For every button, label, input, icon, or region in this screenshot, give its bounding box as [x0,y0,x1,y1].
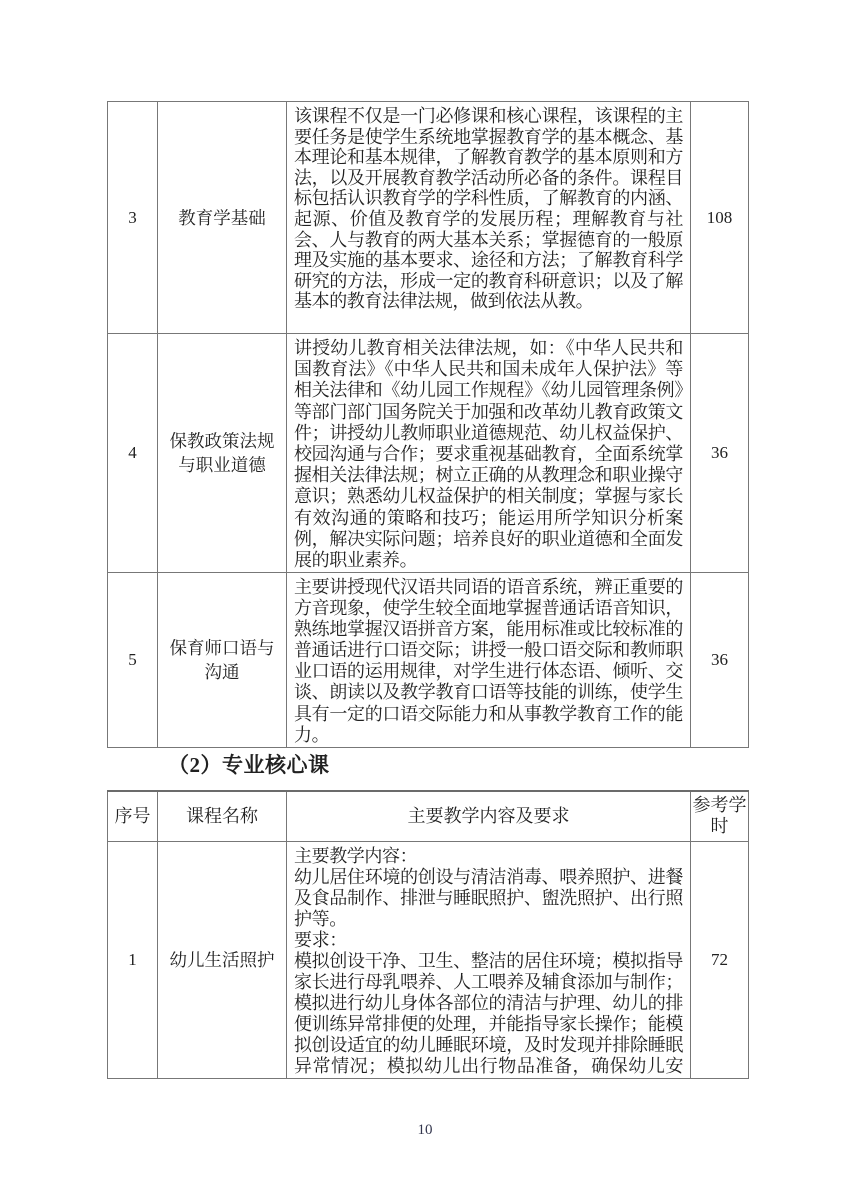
course-hours-cell: 36 [691,573,749,748]
course-name-cell: 教育学基础 [158,102,287,334]
course-hours-cell: 72 [691,841,749,1078]
row-number-cell: 4 [108,334,158,573]
course-content-cell: 主要教学内容： 幼儿居住环境的创设与清洁消毒、喂养照护、进餐及食品制作、排泄与睡… [287,841,691,1078]
course-content-cell: 该课程不仅是一门必修课和核心课程，该课程的主要任务是使学生系统地掌握教育学的基本… [287,102,691,334]
section-heading: （2）专业核心课 [168,751,330,779]
header-cell-number: 序号 [108,791,158,841]
core-course-table: 序号 课程名称 主要教学内容及要求 参考学时 1 幼儿生活照护 主要教学内容： … [107,790,749,1079]
row-number-cell: 3 [108,102,158,334]
course-content-text: 该课程不仅是一门必修课和核心课程，该课程的主要任务是使学生系统地掌握教育学的基本… [294,106,683,332]
header-cell-content: 主要教学内容及要求 [287,791,691,841]
row-number-cell: 1 [108,841,158,1078]
course-name-cell: 保育师口语与 沟通 [158,573,287,748]
course-name-cell: 保教政策法规 与职业道德 [158,334,287,573]
course-name-cell: 幼儿生活照护 [158,841,287,1078]
table-row: 3 教育学基础 该课程不仅是一门必修课和核心课程，该课程的主要任务是使学生系统地… [108,102,749,334]
course-content-text: 讲授幼儿教育相关法律法规，如：《中华人民共和国教育法》《中华人民共和国未成年人保… [294,338,683,571]
course-table-continued: 3 教育学基础 该课程不仅是一门必修课和核心课程，该课程的主要任务是使学生系统地… [107,101,749,748]
course-content-text: 主要讲授现代汉语共同语的语音系统，辨正重要的方音现象，使学生较全面地掌握普通话语… [294,577,683,746]
course-hours-cell: 108 [691,102,749,334]
table-row: 5 保育师口语与 沟通 主要讲授现代汉语共同语的语音系统，辨正重要的方音现象，使… [108,573,749,748]
row-number-cell: 5 [108,573,158,748]
page-number: 10 [0,1122,850,1139]
header-cell-hours: 参考学时 [691,791,749,841]
course-hours-cell: 36 [691,334,749,573]
course-content-cell: 主要讲授现代汉语共同语的语音系统，辨正重要的方音现象，使学生较全面地掌握普通话语… [287,573,691,748]
table-row: 4 保教政策法规 与职业道德 讲授幼儿教育相关法律法规，如：《中华人民共和国教育… [108,334,749,573]
header-cell-course-name: 课程名称 [158,791,287,841]
table-header-row: 序号 课程名称 主要教学内容及要求 参考学时 [108,791,749,841]
table-row: 1 幼儿生活照护 主要教学内容： 幼儿居住环境的创设与清洁消毒、喂养照护、进餐及… [108,841,749,1078]
course-content-text: 主要教学内容： 幼儿居住环境的创设与清洁消毒、喂养照护、进餐及食品制作、排泄与睡… [294,846,683,1077]
course-content-cell: 讲授幼儿教育相关法律法规，如：《中华人民共和国教育法》《中华人民共和国未成年人保… [287,334,691,573]
